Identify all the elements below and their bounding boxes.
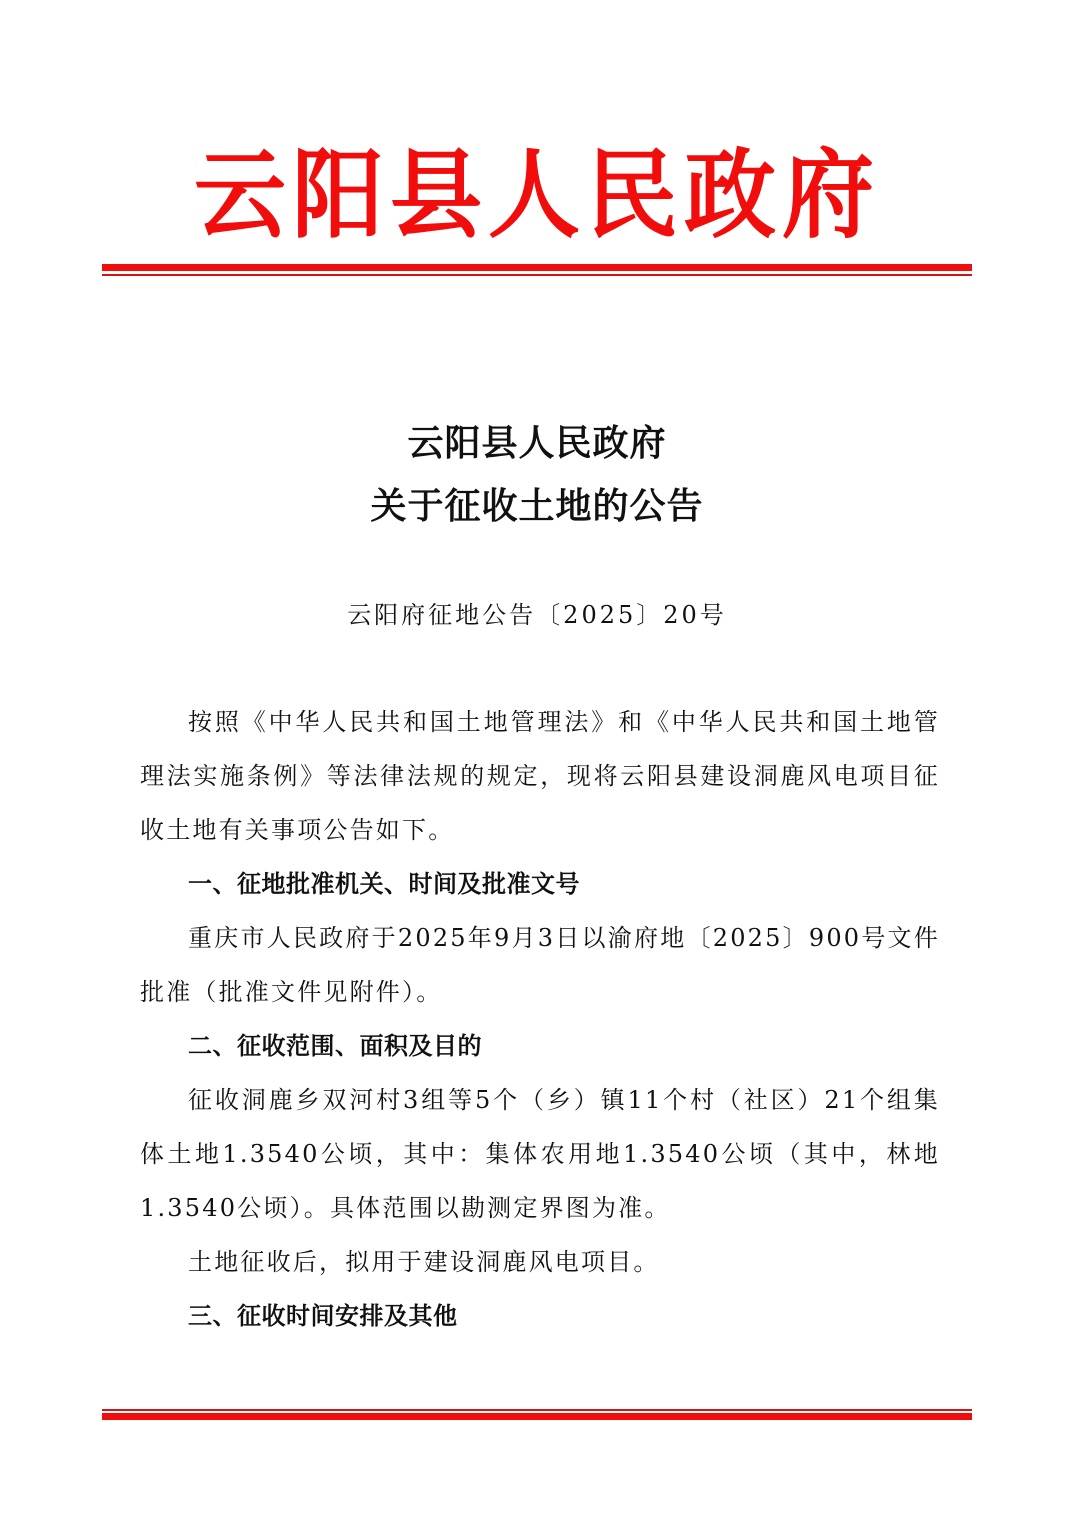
header-divider-thick [102,264,972,271]
section-1-paragraph: 重庆市人民政府于2025年9月3日以渝府地〔2025〕900号文件批准（批准文件… [140,911,940,1019]
footer-divider-thin [102,1409,972,1411]
masthead-title: 云阳县人民政府 [0,137,1074,253]
intro-paragraph: 按照《中华人民共和国土地管理法》和《中华人民共和国土地管理法实施条例》等法律法规… [140,695,940,857]
header-divider-thin [102,274,972,276]
footer-divider-thick [102,1413,972,1420]
document-title-line2: 关于征收土地的公告 [0,478,1074,529]
document-title-line1: 云阳县人民政府 [0,415,1074,466]
section-2-paragraph-2: 土地征收后，拟用于建设洞鹿风电项目。 [140,1235,940,1289]
section-2-paragraph-1: 征收洞鹿乡双河村3组等5个（乡）镇11个村（社区）21个组集体土地1.3540公… [140,1073,940,1235]
section-2-heading: 二、征收范围、面积及目的 [140,1019,940,1073]
section-1-heading: 一、征地批准机关、时间及批准文号 [140,857,940,911]
document-body: 按照《中华人民共和国土地管理法》和《中华人民共和国土地管理法实施条例》等法律法规… [140,695,940,1343]
section-3-heading: 三、征收时间安排及其他 [140,1289,940,1343]
document-number: 云阳府征地公告〔2025〕20号 [0,595,1074,630]
